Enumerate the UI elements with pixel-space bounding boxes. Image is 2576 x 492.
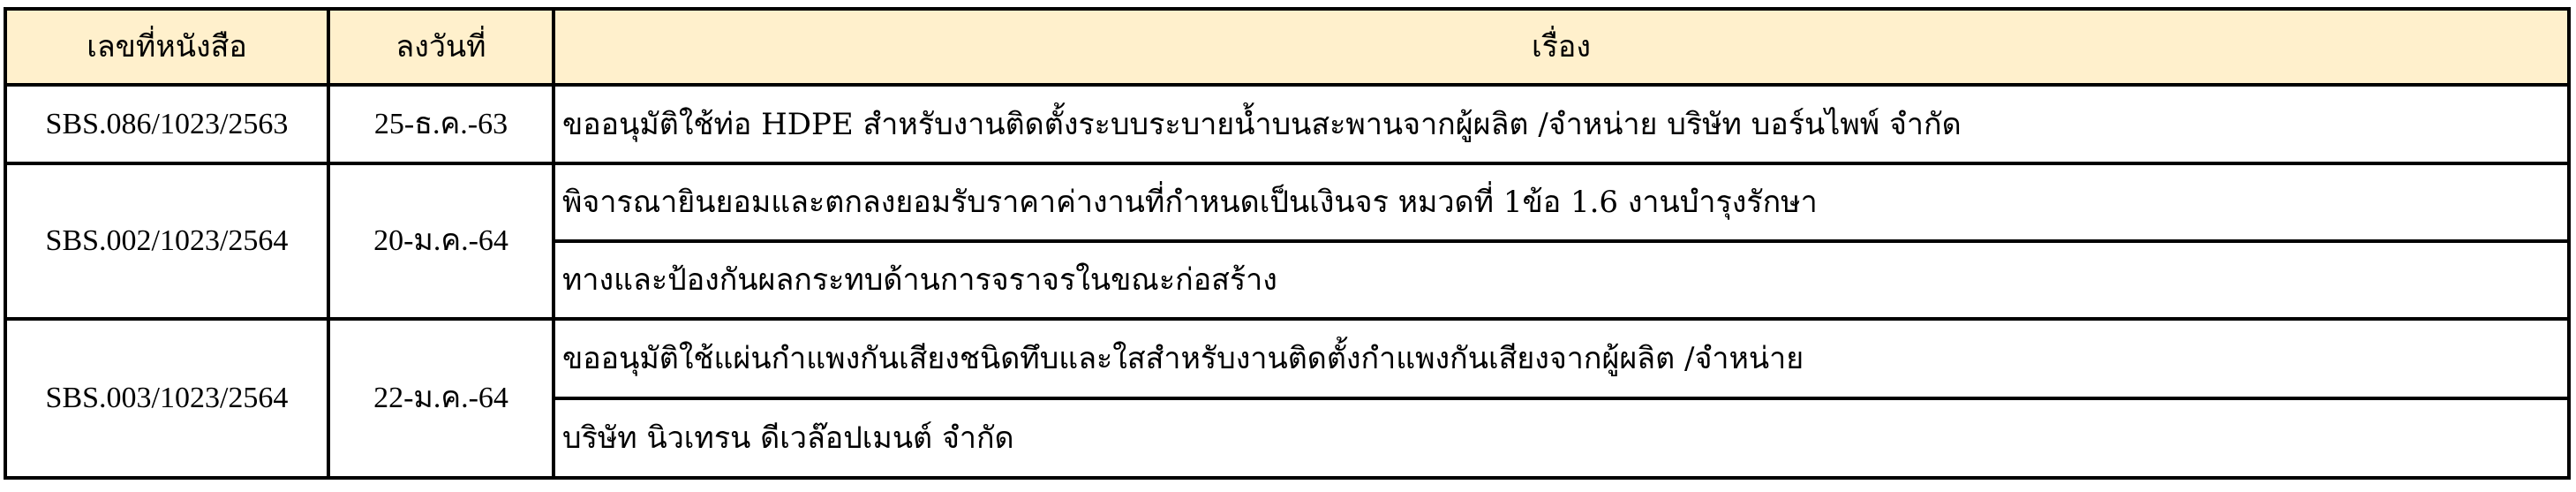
subject-cell-line-1: พิจารณายินยอมและตกลงยอมรับราคาค่างานที่ก… — [554, 163, 2569, 241]
date-cell: 22-ม.ค.-64 — [328, 319, 554, 478]
header-subject: เรื่อง — [554, 9, 2569, 85]
date-cell: 25-ธ.ค.-63 — [328, 85, 554, 163]
table-row: SBS.002/1023/2564 20-ม.ค.-64 พิจารณายินย… — [5, 163, 2569, 241]
subject-cell-line-2: ทางและป้องกันผลกระทบด้านการจราจรในขณะก่อ… — [554, 241, 2569, 319]
header-doc-number: เลขที่หนังสือ — [5, 9, 328, 85]
subject-cell-line-2: บริษัท นิวเทรน ดีเวล๊อปเมนต์ จำกัด — [554, 398, 2569, 478]
doc-number-cell: SBS.003/1023/2564 — [5, 319, 328, 478]
table-row: SBS.086/1023/2563 25-ธ.ค.-63 ขออนุมัติใช… — [5, 85, 2569, 163]
header-date: ลงวันที่ — [328, 9, 554, 85]
subject-cell: ขออนุมัติใช้ท่อ HDPE สำหรับงานติดตั้งระบ… — [554, 85, 2569, 163]
date-cell: 20-ม.ค.-64 — [328, 163, 554, 319]
subject-cell-line-1: ขออนุมัติใช้แผ่นกำแพงกันเสียงชนิดทึบและใ… — [554, 319, 2569, 398]
doc-number-cell: SBS.002/1023/2564 — [5, 163, 328, 319]
table-row: SBS.003/1023/2564 22-ม.ค.-64 ขออนุมัติใช… — [5, 319, 2569, 398]
doc-number-cell: SBS.086/1023/2563 — [5, 85, 328, 163]
document-register-table: เลขที่หนังสือ ลงวันที่ เรื่อง SBS.086/10… — [4, 7, 2571, 480]
header-row: เลขที่หนังสือ ลงวันที่ เรื่อง — [5, 9, 2569, 85]
